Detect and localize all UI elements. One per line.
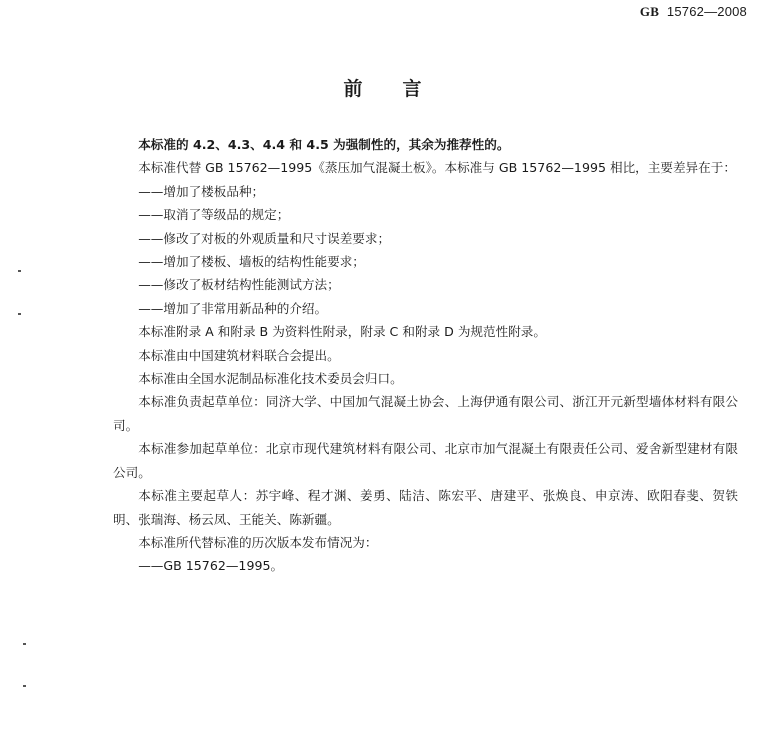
main-authors-paragraph: 本标准主要起草人：苏宇峰、程才渊、姜勇、陆洁、陈宏平、唐建平、张焕良、申京涛、欧… [113, 484, 738, 531]
list-item: ——修改了对板的外观质量和尺寸误差要求； [113, 227, 738, 250]
history-intro-paragraph: 本标准所代替标准的历次版本发布情况为： [113, 531, 738, 554]
page-title: 前言 [0, 74, 765, 101]
replacement-paragraph: 本标准代替 GB 15762—1995《蒸压加气混凝土板》。本标准与 GB 15… [113, 156, 738, 179]
scan-margin-mark [18, 270, 21, 272]
changes-list: ——增加了楼板品种； ——取消了等级品的规定； ——修改了对板的外观质量和尺寸误… [113, 180, 738, 320]
committee-paragraph: 本标准由全国水泥制品标准化技术委员会归口。 [113, 367, 738, 390]
list-item: ——增加了楼板、墙板的结构性能要求； [113, 250, 738, 273]
appendix-paragraph: 本标准附录 A 和附录 B 为资料性附录，附录 C 和附录 D 为规范性附录。 [113, 320, 738, 343]
list-item: ——取消了等级品的规定； [113, 203, 738, 226]
scan-margin-mark [23, 685, 26, 687]
participating-drafters-paragraph: 本标准参加起草单位：北京市现代建筑材料有限公司、北京市加气混凝土有限责任公司、爱… [113, 437, 738, 484]
list-item: ——修改了板材结构性能测试方法； [113, 273, 738, 296]
scan-margin-mark [23, 643, 26, 645]
list-item: ——增加了楼板品种； [113, 180, 738, 203]
foreword-body: 本标准的 4.2、4.3、4.4 和 4.5 为强制性的，其余为推荐性的。 本标… [113, 133, 738, 578]
history-item: ——GB 15762—1995。 [113, 554, 738, 577]
lead-drafters-paragraph: 本标准负责起草单位：同济大学、中国加气混凝土协会、上海伊通有限公司、浙江开元新型… [113, 390, 738, 437]
standard-prefix: GB [640, 4, 659, 19]
standard-code-header: GB 15762—2008 [640, 4, 747, 20]
list-item: ——增加了非常用新品种的介绍。 [113, 297, 738, 320]
proposer-paragraph: 本标准由中国建筑材料联合会提出。 [113, 344, 738, 367]
mandatory-clauses-paragraph: 本标准的 4.2、4.3、4.4 和 4.5 为强制性的，其余为推荐性的。 [113, 133, 738, 156]
standard-number: 15762—2008 [667, 4, 747, 19]
scan-margin-mark [18, 313, 21, 315]
